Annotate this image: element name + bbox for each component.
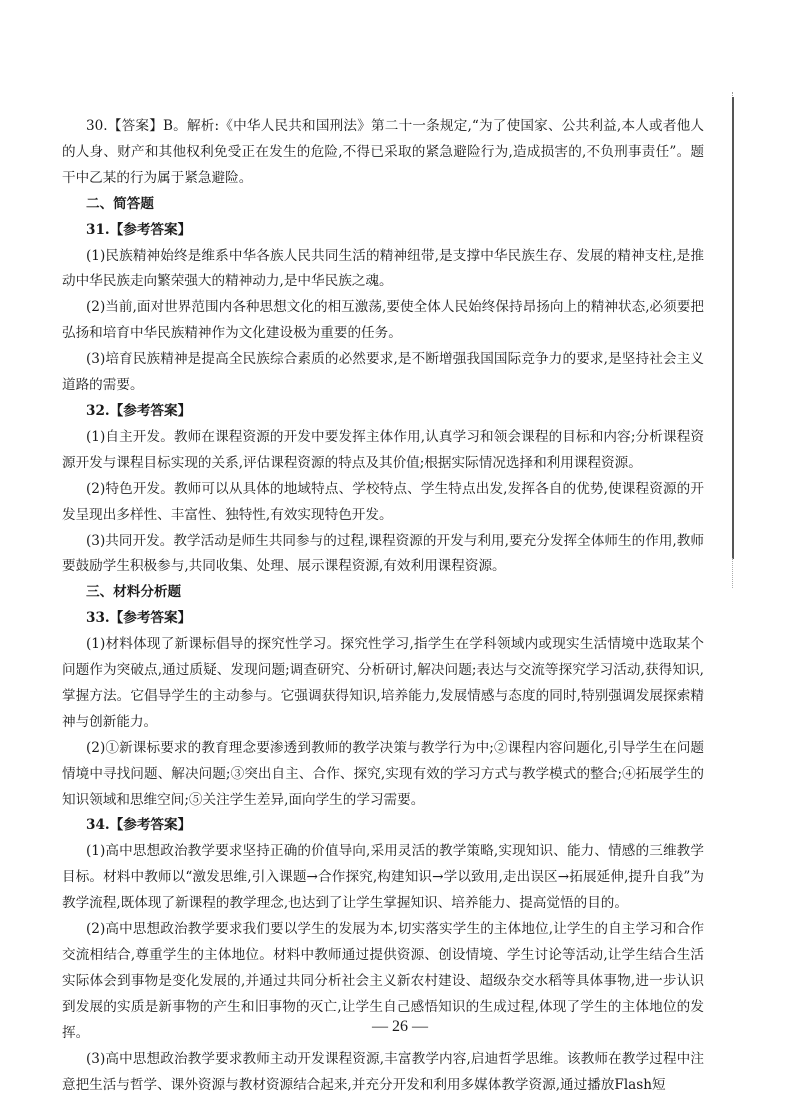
answer-31-point-3: (3)培育民族精神是提高全民族综合素质的必然要求,是不断增强我国国际竞争力的要求…	[62, 347, 704, 399]
answer-33-heading: 33.【参考答案】	[62, 606, 704, 632]
margin-rule	[732, 97, 734, 559]
answer-32-heading: 32.【参考答案】	[62, 399, 704, 425]
answer-32-point-2: (2)特色开发。教师可以从具体的地域特点、学校特点、学生特点出发,发挥各自的优势…	[62, 477, 704, 529]
section-heading-material-analysis: 三、材料分析题	[62, 580, 704, 606]
section-heading-short-answer: 二、简答题	[62, 192, 704, 218]
answer-32-point-1: (1)自主开发。教师在课程资源的开发中要发挥主体作用,认真学习和领会课程的目标和…	[62, 425, 704, 477]
answer-34-point-3: (3)高中思想政治教学要求教师主动开发课程资源,丰富教学内容,启迪哲学思维。该教…	[62, 1047, 704, 1099]
answer-34-heading: 34.【参考答案】	[62, 813, 704, 839]
answer-30: 30.【答案】B。解析:《中华人民共和国刑法》第二十一条规定,“为了使国家、公共…	[62, 114, 704, 192]
answer-31-point-1: (1)民族精神始终是维系中华各族人民共同生活的精神纽带,是支撑中华民族生存、发展…	[62, 244, 704, 296]
answer-32-point-3: (3)共同开发。教学活动是师生共同参与的过程,课程资源的开发与利用,要充分发挥全…	[62, 529, 704, 581]
answer-31-point-2: (2)当前,面对世界范围内各种思想文化的相互激荡,要使全体人民始终保持昂扬向上的…	[62, 295, 704, 347]
answer-34-point-1: (1)高中思想政治教学要求坚持正确的价值导向,采用灵活的教学策略,实现知识、能力…	[62, 839, 704, 917]
answer-31-heading: 31.【参考答案】	[62, 218, 704, 244]
answer-33-point-1: (1)材料体现了新课标倡导的探究性学习。探究性学习,指学生在学科领域内或现实生活…	[62, 632, 704, 736]
answer-33-point-2: (2)①新课标要求的教育理念要渗透到教师的教学决策与教学行为中;②课程内容问题化…	[62, 736, 704, 814]
margin-rule-dots-bottom	[732, 558, 734, 588]
document-page: 30.【答案】B。解析:《中华人民共和国刑法》第二十一条规定,“为了使国家、公共…	[62, 114, 704, 1098]
page-number: — 26 —	[0, 1018, 800, 1036]
